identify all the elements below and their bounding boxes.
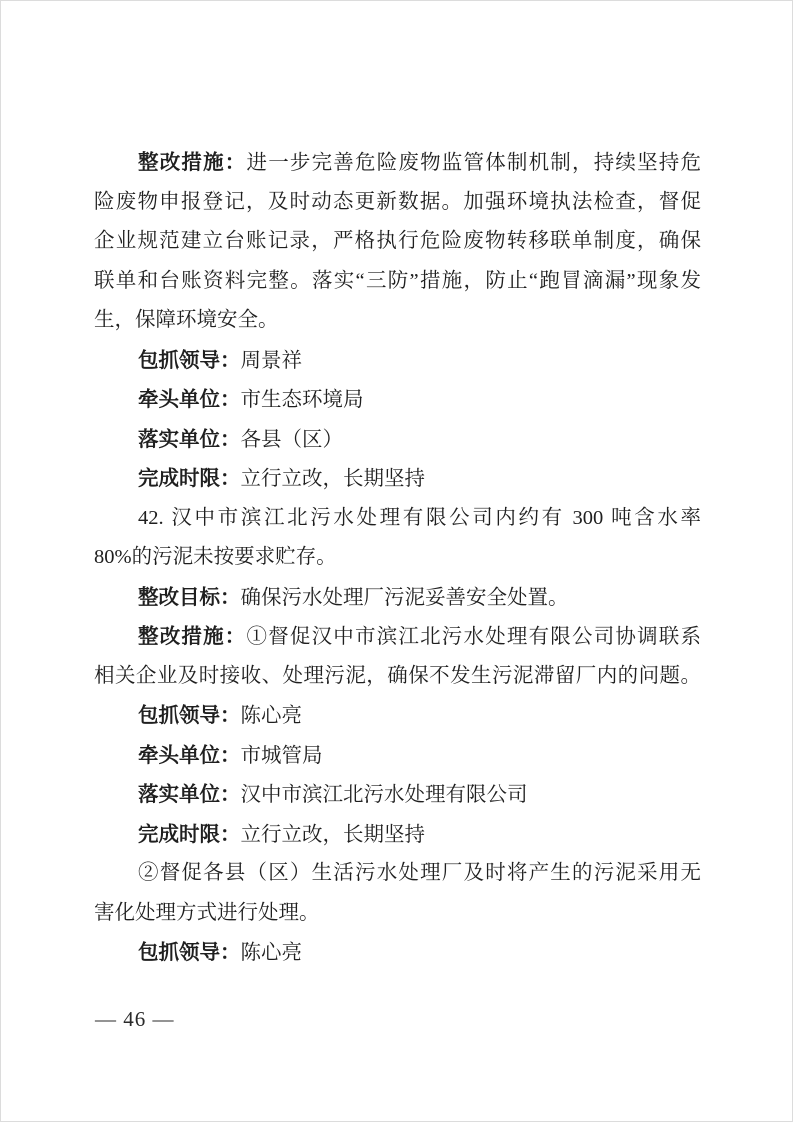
- document-line: 整改措施：①督促汉中市滨江北污水处理有限公司协调联系: [94, 617, 701, 657]
- field-label: 包抓领导：: [138, 941, 241, 964]
- field-label: 落实单位：: [138, 783, 241, 806]
- document-line: 包抓领导：陈心亮: [94, 696, 701, 736]
- line-text: 立行立改，长期坚持: [241, 824, 426, 846]
- field-label: 包抓领导：: [138, 704, 241, 727]
- line-text: 市生态环境局: [241, 389, 364, 411]
- document-line: 落实单位：各县（区）: [94, 420, 701, 460]
- line-text: 相关企业及时接收、处理污泥，确保不发生污泥滞留厂内的问题。: [94, 665, 701, 687]
- document-line: 整改目标：确保污水处理厂污泥妥善安全处置。: [94, 578, 701, 618]
- line-text: 联单和台账资料完整。落实“三防”措施，防止“跑冒滴漏”现象发: [94, 270, 701, 292]
- page-number: — 46 —: [95, 1004, 175, 1034]
- line-text: 生，保障环境安全。: [94, 309, 279, 331]
- document-line: 生，保障环境安全。: [94, 301, 701, 341]
- line-text: 陈心亮: [241, 942, 303, 964]
- field-label: 整改目标：: [138, 586, 241, 609]
- line-text: 80%的污泥未按要求贮存。: [94, 546, 337, 568]
- document-text-block: 整改措施：进一步完善危险废物监管体制机制，持续坚持危 险废物申报登记，及时动态更…: [94, 143, 701, 973]
- document-line: 牵头单位：市生态环境局: [94, 380, 701, 420]
- line-text: ②督促各县（区）生活污水处理厂及时将产生的污泥采用无: [138, 862, 701, 884]
- line-text: 汉中市滨江北污水处理有限公司: [241, 784, 528, 806]
- document-line: 险废物申报登记，及时动态更新数据。加强环境执法检查，督促: [94, 183, 701, 223]
- line-text: 周景祥: [241, 350, 303, 372]
- document-line: 完成时限：立行立改，长期坚持: [94, 815, 701, 855]
- document-line: 害化处理方式进行处理。: [94, 894, 701, 934]
- field-label: 整改措施：: [138, 151, 247, 174]
- document-line: 42. 汉中市滨江北污水处理有限公司内约有 300 吨含水率: [94, 499, 701, 539]
- document-line: 80%的污泥未按要求贮存。: [94, 538, 701, 578]
- document-line: 落实单位：汉中市滨江北污水处理有限公司: [94, 775, 701, 815]
- line-text: 各县（区）: [241, 429, 344, 451]
- field-label: 完成时限：: [138, 467, 241, 490]
- field-label: 落实单位：: [138, 428, 241, 451]
- field-label: 完成时限：: [138, 823, 241, 846]
- field-label: 包抓领导：: [138, 349, 241, 372]
- field-label: 牵头单位：: [138, 744, 241, 767]
- line-text: 进一步完善危险废物监管体制机制，持续坚持危: [247, 152, 702, 174]
- line-text: ①督促汉中市滨江北污水处理有限公司协调联系: [247, 626, 702, 648]
- document-page: 整改措施：进一步完善危险废物监管体制机制，持续坚持危 险废物申报登记，及时动态更…: [0, 0, 793, 1122]
- line-text: 险废物申报登记，及时动态更新数据。加强环境执法检查，督促: [94, 191, 701, 213]
- document-line: 包抓领导：周景祥: [94, 341, 701, 381]
- line-text: 市城管局: [241, 745, 323, 767]
- document-line: 包抓领导：陈心亮: [94, 933, 701, 973]
- document-line: 完成时限：立行立改，长期坚持: [94, 459, 701, 499]
- line-text: 害化处理方式进行处理。: [94, 902, 320, 924]
- document-line: 整改措施：进一步完善危险废物监管体制机制，持续坚持危: [94, 143, 701, 183]
- document-line: 牵头单位：市城管局: [94, 736, 701, 776]
- document-line: 企业规范建立台账记录，严格执行危险废物转移联单制度，确保: [94, 222, 701, 262]
- line-text: 42. 汉中市滨江北污水处理有限公司内约有 300 吨含水率: [138, 507, 701, 529]
- document-line: 相关企业及时接收、处理污泥，确保不发生污泥滞留厂内的问题。: [94, 657, 701, 697]
- document-line: ②督促各县（区）生活污水处理厂及时将产生的污泥采用无: [94, 854, 701, 894]
- line-text: 立行立改，长期坚持: [241, 468, 426, 490]
- line-text: 确保污水处理厂污泥妥善安全处置。: [241, 587, 569, 609]
- document-line: 联单和台账资料完整。落实“三防”措施，防止“跑冒滴漏”现象发: [94, 262, 701, 302]
- field-label: 整改措施：: [138, 625, 247, 648]
- line-text: 陈心亮: [241, 705, 303, 727]
- field-label: 牵头单位：: [138, 388, 241, 411]
- line-text: 企业规范建立台账记录，严格执行危险废物转移联单制度，确保: [94, 230, 701, 252]
